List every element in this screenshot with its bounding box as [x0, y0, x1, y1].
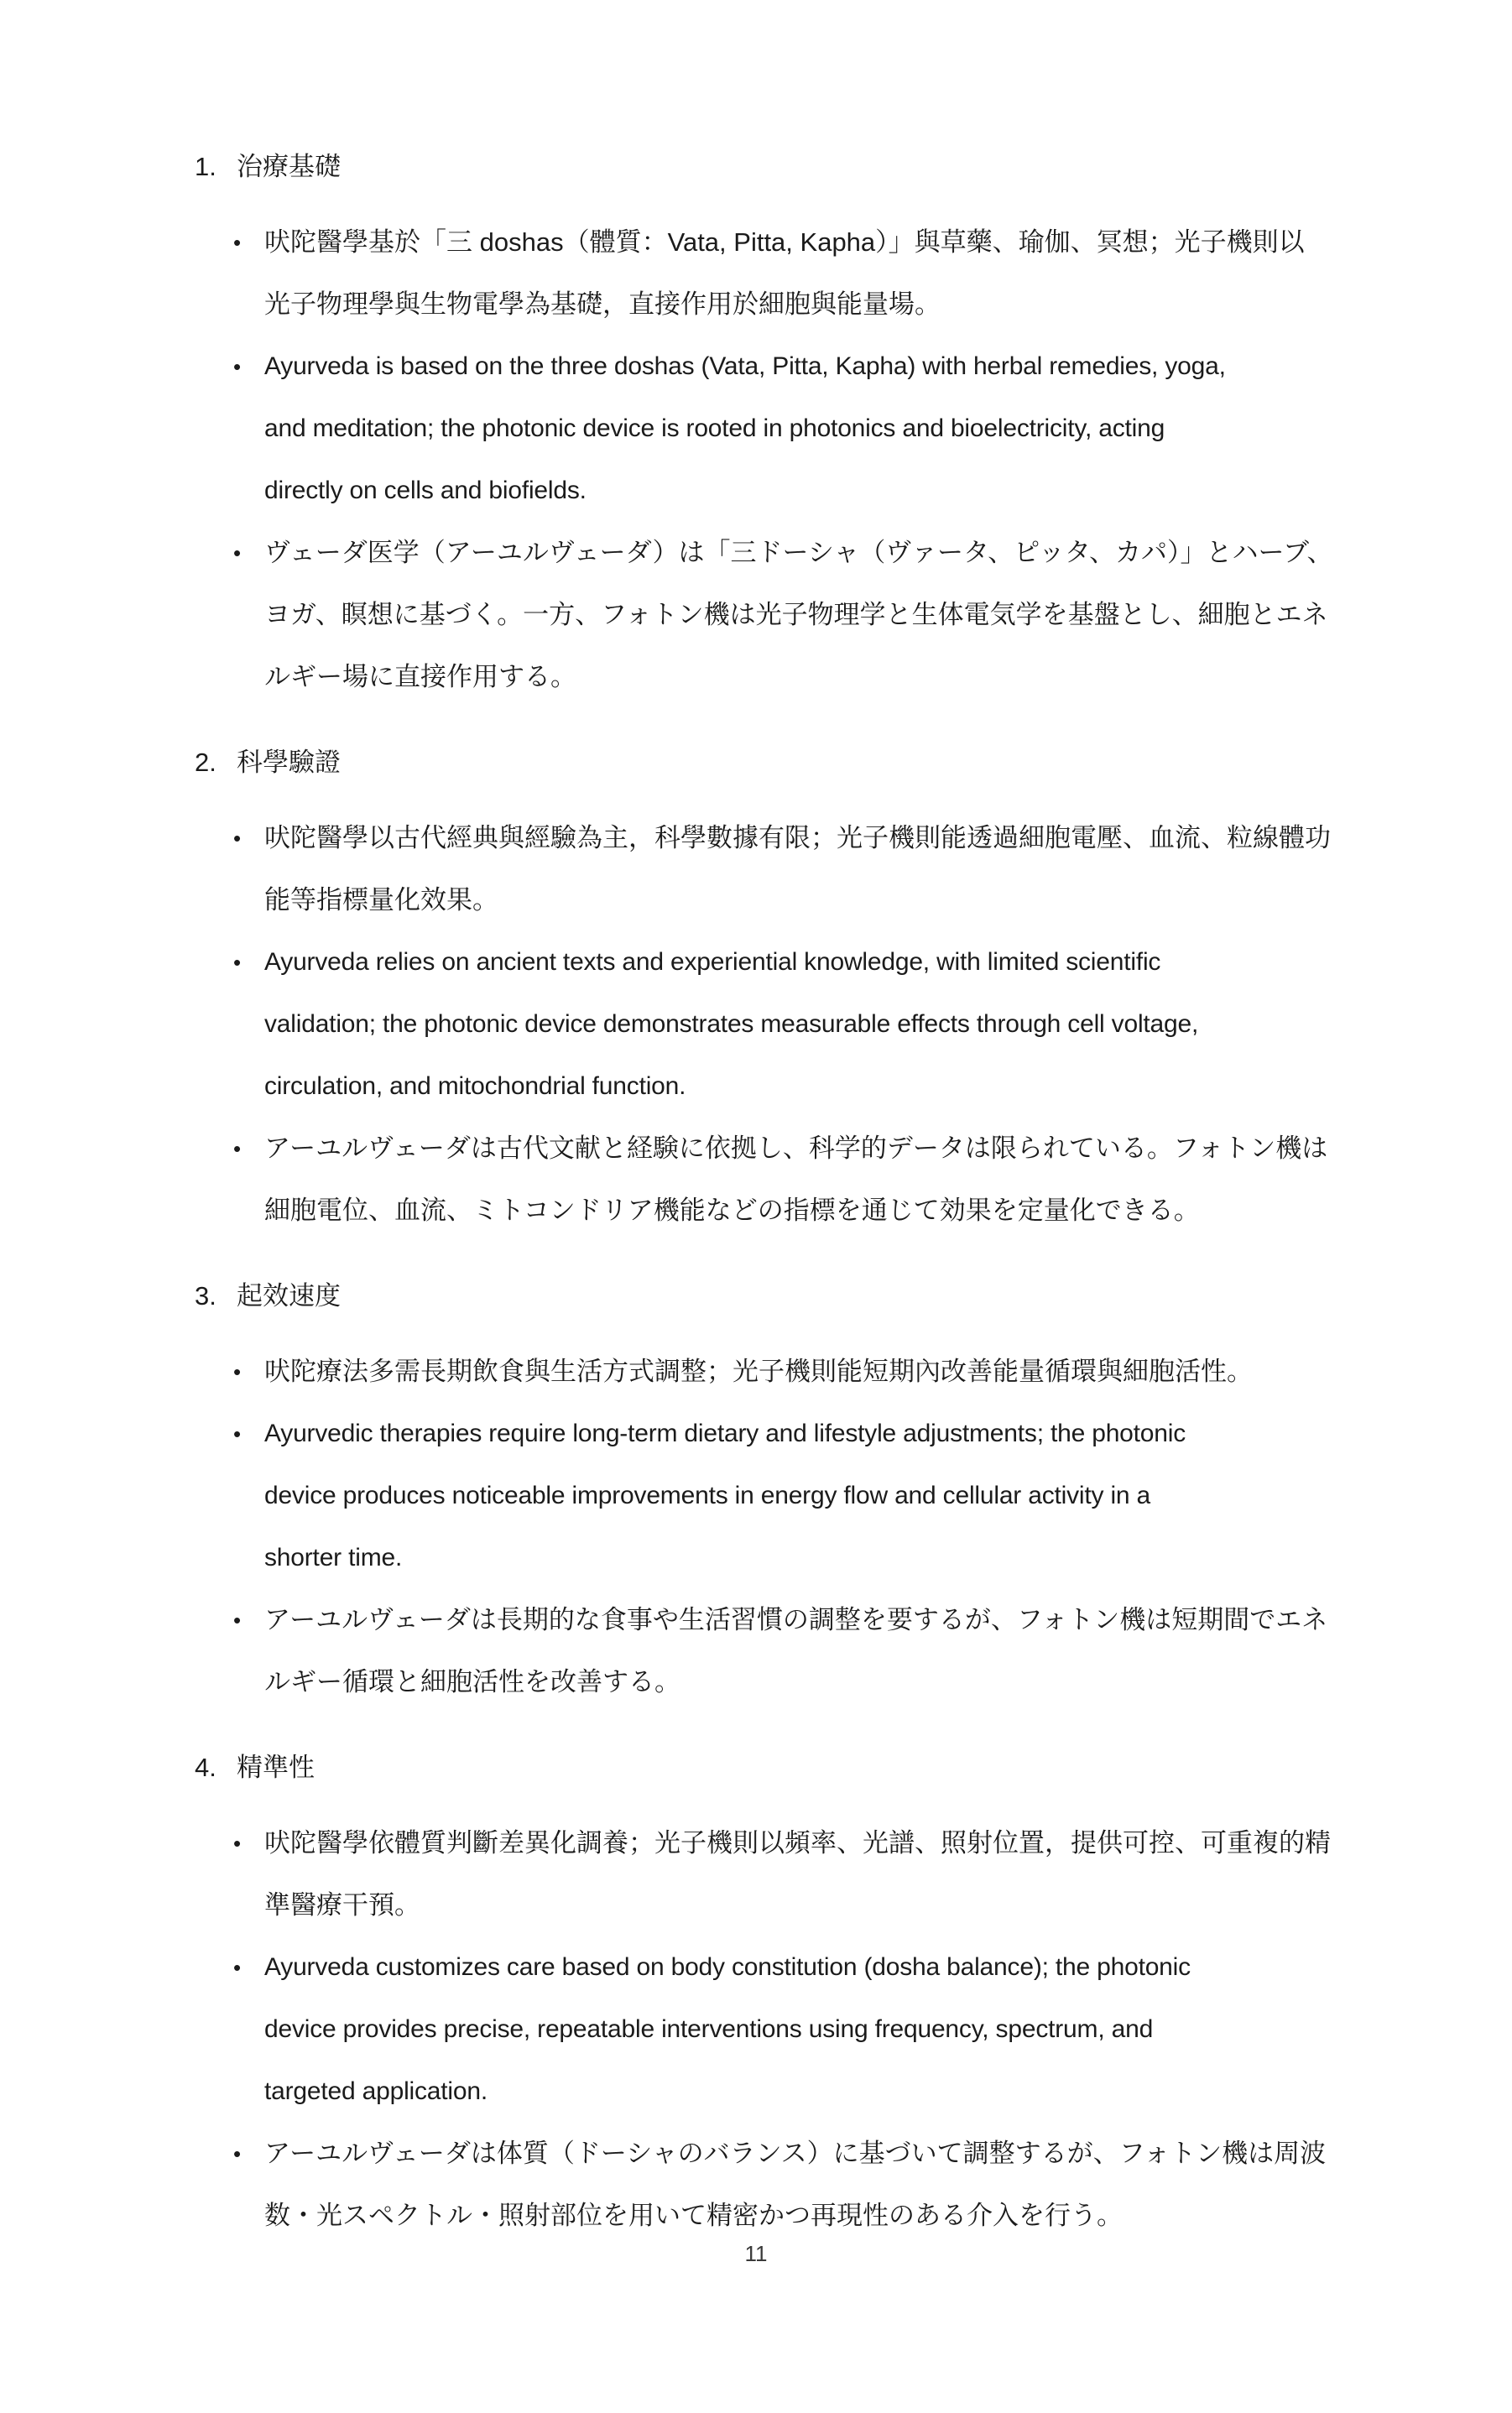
bullet-icon: •: [233, 1812, 241, 1874]
section-number: 3.: [195, 1265, 237, 1327]
bullet-text: 吠陀醫學基於「三 doshas（體質：Vata, Pitta, Kapha）」與…: [264, 211, 1487, 336]
bullet-icon: •: [233, 1403, 241, 1465]
section-treatment-basis: 1. 治療基礎 • 吠陀醫學基於「三 doshas（體質：Vata, Pitta…: [195, 136, 1487, 708]
bullet-item-chinese: • 吠陀醫學依體質判斷差異化調養；光子機則以頻率、光譜、照射位置，提供可控、可重…: [195, 1812, 1487, 1936]
bullet-text: Ayurvedic therapies require long-term di…: [264, 1403, 1487, 1589]
document-content: 1. 治療基礎 • 吠陀醫學基於「三 doshas（體質：Vata, Pitta…: [0, 0, 1512, 2247]
section-number: 4.: [195, 1737, 237, 1799]
bullet-icon: •: [233, 807, 241, 869]
section-title: 科學驗證: [237, 732, 341, 794]
bullet-icon: •: [233, 522, 241, 584]
page-number: 11: [745, 2241, 768, 2266]
bullet-list: • 吠陀療法多需長期飲食與生活方式調整；光子機則能短期內改善能量循環與細胞活性。…: [195, 1341, 1487, 1713]
bullet-text: Ayurveda relies on ancient texts and exp…: [264, 931, 1487, 1118]
bullet-item-english: • Ayurveda customizes care based on body…: [195, 1936, 1487, 2123]
bullet-icon: •: [233, 1936, 241, 1999]
bullet-item-japanese: • ヴェーダ医学（アーユルヴェーダ）は「三ドーシャ（ヴァータ、ピッタ、カパ）」と…: [195, 522, 1487, 708]
bullet-item-chinese: • 吠陀療法多需長期飲食與生活方式調整；光子機則能短期內改善能量循環與細胞活性。: [195, 1341, 1487, 1403]
bullet-text: 吠陀醫學以古代經典與經驗為主，科學數據有限；光子機則能透過細胞電壓、血流、粒線體…: [264, 807, 1487, 931]
bullet-item-chinese: • 吠陀醫學以古代經典與經驗為主，科學數據有限；光子機則能透過細胞電壓、血流、粒…: [195, 807, 1487, 931]
bullet-item-english: • Ayurveda is based on the three doshas …: [195, 336, 1487, 522]
bullet-icon: •: [233, 1589, 241, 1651]
bullet-text: 吠陀療法多需長期飲食與生活方式調整；光子機則能短期內改善能量循環與細胞活性。: [264, 1341, 1487, 1403]
bullet-item-chinese: • 吠陀醫學基於「三 doshas（體質：Vata, Pitta, Kapha）…: [195, 211, 1487, 336]
bullet-text: アーユルヴェーダは長期的な食事や生活習慣の調整を要するが、フォトン機は短期間でエ…: [264, 1589, 1487, 1713]
bullet-list: • 吠陀醫學以古代經典與經驗為主，科學數據有限；光子機則能透過細胞電壓、血流、粒…: [195, 807, 1487, 1242]
bullet-text: ヴェーダ医学（アーユルヴェーダ）は「三ドーシャ（ヴァータ、ピッタ、カパ）」とハー…: [264, 522, 1487, 708]
section-title: 精準性: [237, 1737, 315, 1799]
bullet-icon: •: [233, 1118, 241, 1180]
bullet-item-japanese: • アーユルヴェーダは長期的な食事や生活習慣の調整を要するが、フォトン機は短期間…: [195, 1589, 1487, 1713]
section-scientific-validation: 2. 科學驗證 • 吠陀醫學以古代經典與經驗為主，科學數據有限；光子機則能透過細…: [195, 732, 1487, 1242]
section-heading: 1. 治療基礎: [195, 136, 1487, 198]
bullet-icon: •: [233, 2123, 241, 2185]
bullet-text: Ayurveda customizes care based on body c…: [264, 1936, 1487, 2123]
section-number: 1.: [195, 136, 237, 198]
bullet-item-japanese: • アーユルヴェーダは古代文献と経験に依拠し、科学的データは限られている。フォト…: [195, 1118, 1487, 1242]
bullet-item-english: • Ayurveda relies on ancient texts and e…: [195, 931, 1487, 1118]
bullet-text: アーユルヴェーダは古代文献と経験に依拠し、科学的データは限られている。フォトン機…: [264, 1118, 1487, 1242]
bullet-list: • 吠陀醫學基於「三 doshas（體質：Vata, Pitta, Kapha）…: [195, 211, 1487, 708]
section-title: 治療基礎: [237, 136, 341, 198]
section-precision: 4. 精準性 • 吠陀醫學依體質判斷差異化調養；光子機則以頻率、光譜、照射位置，…: [195, 1737, 1487, 2247]
bullet-text: 吠陀醫學依體質判斷差異化調養；光子機則以頻率、光譜、照射位置，提供可控、可重複的…: [264, 1812, 1487, 1936]
bullet-icon: •: [233, 211, 241, 274]
section-heading: 3. 起效速度: [195, 1265, 1487, 1327]
section-title: 起效速度: [237, 1265, 341, 1327]
section-number: 2.: [195, 732, 237, 794]
page-number-footer: 11: [0, 2238, 1512, 2269]
bullet-icon: •: [233, 1341, 241, 1403]
bullet-item-japanese: • アーユルヴェーダは体質（ドーシャのバランス）に基づいて調整するが、フォトン機…: [195, 2123, 1487, 2247]
bullet-icon: •: [233, 931, 241, 993]
document-page: 1. 治療基礎 • 吠陀醫學基於「三 doshas（體質：Vata, Pitta…: [0, 0, 1512, 2413]
section-onset-speed: 3. 起效速度 • 吠陀療法多需長期飲食與生活方式調整；光子機則能短期內改善能量…: [195, 1265, 1487, 1713]
section-heading: 4. 精準性: [195, 1737, 1487, 1799]
bullet-list: • 吠陀醫學依體質判斷差異化調養；光子機則以頻率、光譜、照射位置，提供可控、可重…: [195, 1812, 1487, 2247]
bullet-text: Ayurveda is based on the three doshas (V…: [264, 336, 1487, 522]
section-heading: 2. 科學驗證: [195, 732, 1487, 794]
bullet-item-english: • Ayurvedic therapies require long-term …: [195, 1403, 1487, 1589]
bullet-text: アーユルヴェーダは体質（ドーシャのバランス）に基づいて調整するが、フォトン機は周…: [264, 2123, 1487, 2247]
bullet-icon: •: [233, 336, 241, 398]
